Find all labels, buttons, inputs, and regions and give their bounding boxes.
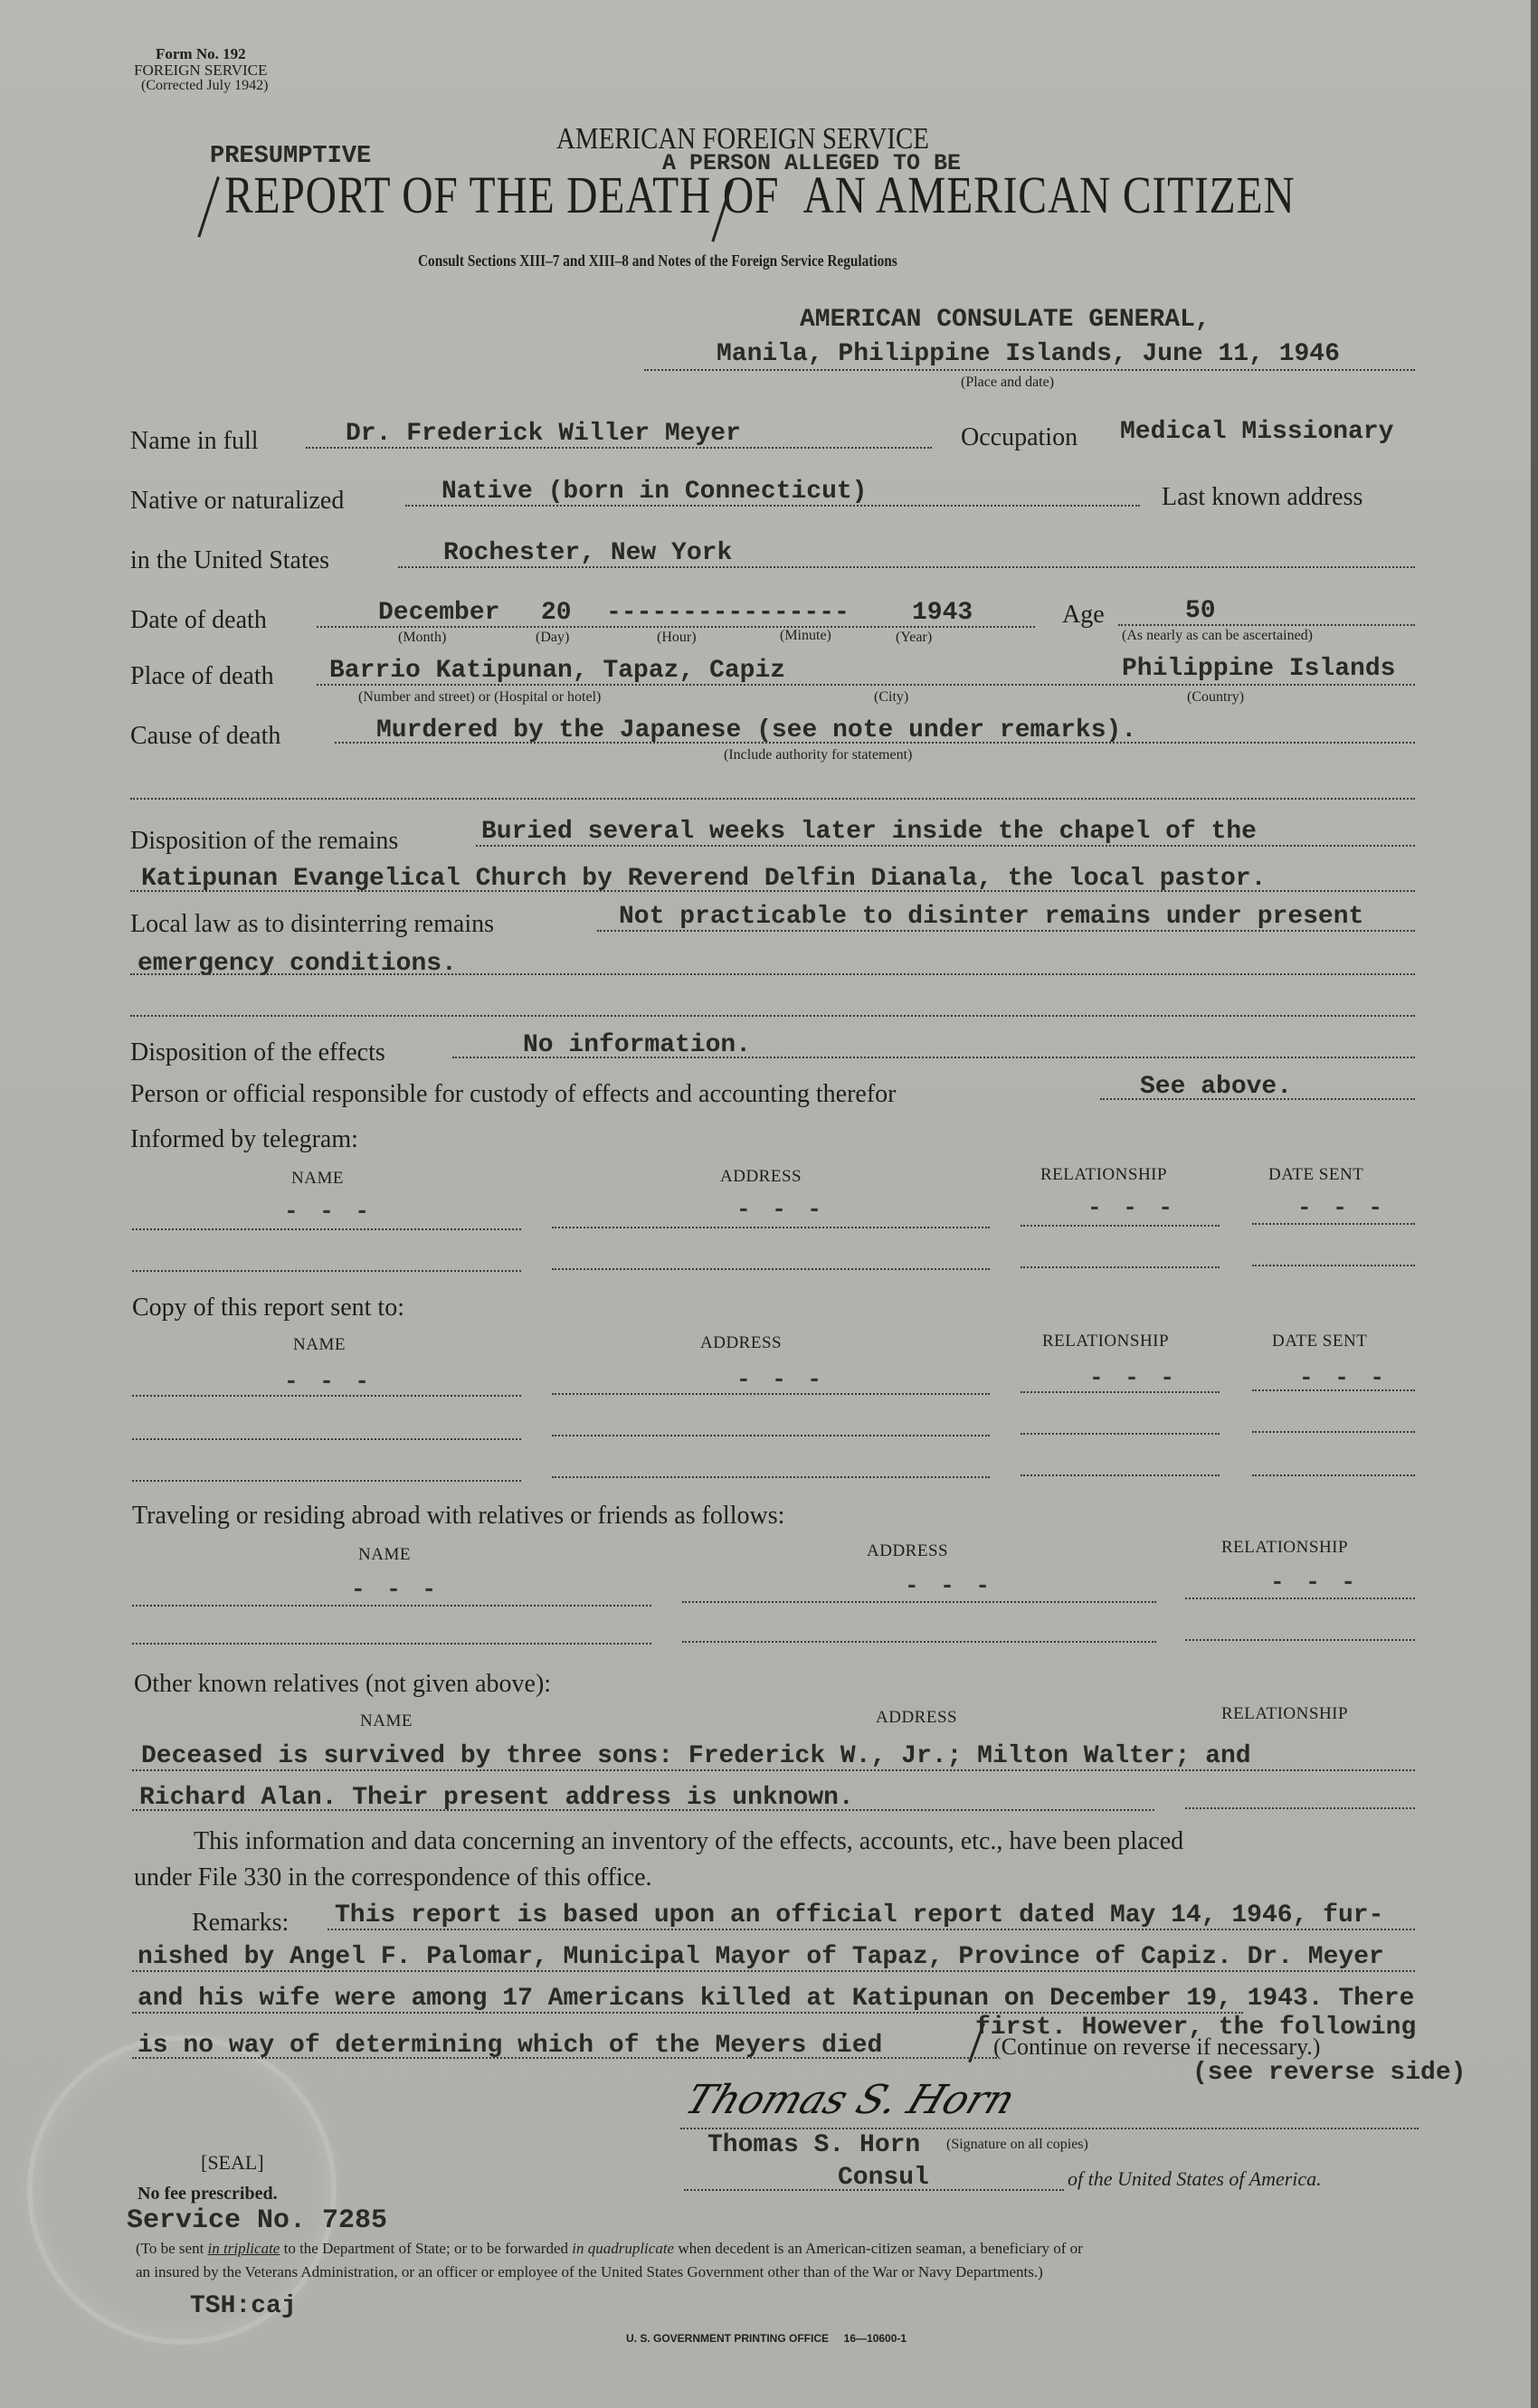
name-value: Dr. Frederick Willer Meyer	[346, 420, 741, 448]
inventory-line1: This information and data concerning an …	[194, 1827, 1183, 1856]
caption-hour: (Hour)	[657, 630, 697, 646]
remarks-rule-2	[132, 1970, 1415, 1972]
instructions-triplicate: in triplicate	[208, 2240, 280, 2257]
remarks-rule-1	[328, 1929, 1415, 1930]
form-corrected: (Corrected July 1942)	[141, 78, 268, 94]
address-line	[398, 566, 1415, 568]
copy-heading: Copy of this report sent to:	[132, 1294, 404, 1323]
telegram-col-date: DATE SENT	[1268, 1165, 1363, 1185]
telegram-date-empty: - - -	[1297, 1194, 1386, 1221]
telegram-col-address: ADDRESS	[720, 1167, 802, 1187]
service-number: Service No. 7285	[127, 2205, 387, 2236]
caption-street: (Number and street) or (Hospital or hote…	[358, 689, 601, 706]
date-year: 1943	[912, 599, 973, 627]
place-line	[317, 684, 1415, 686]
copy-rule	[1021, 1391, 1220, 1393]
caption-month: (Month)	[398, 630, 446, 646]
native-label: Native or naturalized	[130, 487, 344, 516]
relatives-line1: Deceased is survived by three sons: Fred…	[141, 1742, 1251, 1770]
telegram-rule	[1021, 1225, 1220, 1227]
instructions-line1: (To be sent in triplicate to the Departm…	[136, 2240, 1083, 2258]
cause-value: Murdered by the Japanese (see note under…	[376, 716, 1136, 744]
telegram-rule	[132, 1228, 521, 1230]
custody-line	[1100, 1098, 1415, 1100]
caption-cause: (Include authority for statement)	[724, 747, 912, 763]
signer-name: Thomas S. Horn	[707, 2131, 920, 2159]
title-line	[684, 2189, 1064, 2191]
traveling-heading: Traveling or residing abroad with relati…	[132, 1502, 784, 1531]
native-value: Native (born in Connecticut)	[441, 478, 867, 506]
telegram-rule	[132, 1270, 521, 1272]
consulate-office: AMERICAN CONSULATE GENERAL,	[800, 306, 1210, 334]
report-title-end: AN AMERICAN CITIZEN	[803, 166, 1296, 224]
telegram-rule	[552, 1227, 990, 1228]
cause-line	[335, 742, 1415, 744]
traveling-col-name: NAME	[358, 1545, 411, 1565]
remains-line1: Buried several weeks later inside the ch…	[481, 818, 1257, 846]
effects-line	[452, 1057, 1415, 1058]
traveling-relationship-empty: - - -	[1270, 1569, 1359, 1596]
report-title: REPORT OF THE DEATH OFAN AMERICAN CITIZE…	[224, 165, 1296, 225]
custody-value: See above.	[1140, 1073, 1292, 1101]
date-month: December	[378, 599, 499, 627]
caption-year: (Year)	[896, 630, 932, 646]
remarks-label: Remarks:	[192, 1909, 289, 1938]
law-rule-1	[597, 930, 1415, 932]
age-label: Age	[1062, 601, 1105, 630]
date-day: 20	[541, 599, 572, 627]
relatives-rule-1	[132, 1769, 1415, 1771]
relatives-line2: Richard Alan. Their present address is u…	[139, 1784, 854, 1812]
copy-relationship-empty: - - -	[1089, 1364, 1178, 1391]
of-united-states: of the United States of America.	[1068, 2167, 1322, 2191]
copy-rule	[552, 1476, 990, 1478]
copy-col-relationship: RELATIONSHIP	[1042, 1332, 1169, 1351]
consult-note: Consult Sections XIII–7 and XIII–8 and N…	[418, 251, 897, 270]
relatives-col-address: ADDRESS	[876, 1708, 957, 1728]
form-number: Form No. 192	[156, 45, 246, 63]
date-hour-minute: ----------------	[606, 599, 850, 627]
inventory-line2: under File 330 in the correspondence of …	[134, 1863, 652, 1892]
effects-label: Disposition of the effects	[130, 1038, 385, 1067]
typist-initials: TSH:caj	[190, 2292, 297, 2320]
copy-rule	[1021, 1474, 1220, 1476]
remains-label: Disposition of the remains	[130, 827, 398, 856]
caption-country: (Country)	[1187, 689, 1244, 706]
relatives-col-relationship: RELATIONSHIP	[1221, 1704, 1348, 1724]
law-rule-3	[130, 1015, 1415, 1017]
telegram-relationship-empty: - - -	[1087, 1194, 1176, 1221]
copy-rule	[552, 1435, 990, 1436]
address-value: Rochester, New York	[443, 539, 732, 567]
handwritten-signature: Thomas S. Horn	[679, 2077, 1021, 2123]
remains-line2: Katipunan Evangelical Church by Reverend…	[141, 865, 1266, 893]
copy-date-empty: - - -	[1299, 1364, 1388, 1391]
no-fee: No fee prescribed.	[138, 2184, 278, 2204]
date-label: Date of death	[130, 606, 267, 635]
page-edge	[1531, 0, 1538, 2408]
seal-label: [SEAL]	[201, 2151, 264, 2175]
remarks-line2: nished by Angel F. Palomar, Municipal Ma…	[138, 1943, 1384, 1971]
place-country: Philippine Islands	[1122, 655, 1395, 683]
traveling-rule	[1185, 1597, 1415, 1599]
cause-label: Cause of death	[130, 722, 280, 751]
place-date-value: Manila, Philippine Islands, June 11, 194…	[717, 340, 1340, 368]
telegram-heading: Informed by telegram:	[130, 1125, 358, 1154]
caption-day: (Day)	[536, 630, 569, 646]
instructions-line2: an insured by the Veterans Administratio…	[136, 2263, 1043, 2281]
copy-name-empty: - - -	[284, 1368, 373, 1395]
telegram-rule	[1021, 1266, 1220, 1268]
telegram-rule	[552, 1268, 990, 1270]
date-line	[317, 626, 1035, 628]
remarks-line1: This report is based upon an official re…	[335, 1901, 1383, 1929]
relatives-col-name: NAME	[360, 1711, 413, 1731]
copy-col-name: NAME	[293, 1335, 346, 1355]
traveling-rule	[132, 1605, 651, 1607]
remains-rule-2	[130, 890, 1415, 892]
name-line	[306, 447, 932, 449]
relatives-rule-3	[1185, 1807, 1415, 1809]
copy-col-date: DATE SENT	[1272, 1332, 1367, 1351]
copy-rule	[132, 1480, 521, 1482]
relatives-heading: Other known relatives (not given above):	[134, 1670, 551, 1699]
caption-city: (City)	[874, 689, 908, 706]
caption-age: (As nearly as can be ascertained)	[1122, 628, 1313, 644]
place-label: Place of death	[130, 662, 274, 691]
copy-rule	[1252, 1431, 1415, 1433]
signature-line	[680, 2128, 1419, 2129]
continue-note: (Continue on reverse if necessary.)	[993, 2034, 1320, 2061]
instructions-a: (To be sent	[136, 2240, 208, 2257]
traveling-rule	[682, 1641, 1156, 1643]
last-address-label: Last known address	[1162, 483, 1362, 512]
copy-rule	[132, 1395, 521, 1397]
copy-rule	[1021, 1433, 1220, 1435]
name-label: Name in full	[130, 427, 259, 456]
relatives-rule-2	[132, 1809, 1154, 1811]
form-service: FOREIGN SERVICE	[134, 62, 267, 80]
place-date-line	[644, 369, 1415, 371]
instructions-c: when decedent is an American-citizen sea…	[674, 2240, 1083, 2257]
telegram-col-relationship: RELATIONSHIP	[1040, 1165, 1167, 1185]
telegram-name-empty: - - -	[284, 1198, 373, 1225]
signature-note: (Signature on all copies)	[946, 2137, 1088, 2153]
in-us-label: in the United States	[130, 546, 329, 575]
occupation-value: Medical Missionary	[1120, 418, 1393, 446]
custody-label: Person or official responsible for custo…	[130, 1080, 896, 1109]
place-date-caption: (Place and date)	[961, 374, 1054, 391]
telegram-address-empty: - - -	[736, 1196, 825, 1223]
effects-value: No information.	[523, 1031, 751, 1059]
law-label: Local law as to disinterring remains	[130, 910, 494, 939]
traveling-rule	[682, 1601, 1156, 1603]
copy-rule	[552, 1393, 990, 1395]
copy-col-address: ADDRESS	[700, 1333, 782, 1353]
remains-rule-1	[476, 845, 1415, 847]
copy-rule	[1252, 1474, 1415, 1476]
native-line	[405, 505, 1140, 507]
traveling-address-empty: - - -	[905, 1572, 993, 1599]
traveling-name-empty: - - -	[351, 1576, 440, 1603]
instructions-quadruplicate: in quadruplicate	[572, 2240, 674, 2257]
traveling-rule	[1185, 1639, 1415, 1641]
occupation-label: Occupation	[961, 423, 1078, 452]
copy-address-empty: - - -	[736, 1366, 825, 1393]
telegram-col-name: NAME	[291, 1169, 344, 1189]
copy-rule	[132, 1438, 521, 1440]
law-rule-2	[130, 973, 1415, 975]
traveling-col-relationship: RELATIONSHIP	[1221, 1538, 1348, 1558]
place-value: Barrio Katipunan, Tapaz, Capiz	[329, 657, 785, 685]
law-line1: Not practicable to disinter remains unde…	[619, 903, 1363, 931]
age-line	[1118, 624, 1415, 626]
see-reverse: (see reverse side)	[1192, 2059, 1466, 2087]
caption-minute: (Minute)	[780, 628, 831, 644]
remarks-line4: is no way of determining which of the Me…	[138, 2032, 882, 2060]
traveling-rule	[132, 1643, 651, 1645]
printer-line: U. S. GOVERNMENT PRINTING OFFICE 16—1060…	[626, 2332, 907, 2345]
remarks-rule-4	[132, 2057, 997, 2059]
signer-title: Consul	[838, 2164, 929, 2192]
cause-line-2	[130, 798, 1415, 800]
age-value: 50	[1185, 597, 1216, 625]
report-title-main: REPORT OF THE DEATH OF	[224, 166, 779, 224]
traveling-col-address: ADDRESS	[867, 1541, 948, 1561]
telegram-rule	[1252, 1223, 1415, 1225]
instructions-b: to the Department of State; or to be for…	[280, 2240, 572, 2257]
telegram-rule	[1252, 1265, 1415, 1266]
copy-rule	[1252, 1389, 1415, 1391]
remarks-line3: and his wife were among 17 Americans kil…	[138, 1985, 1414, 2013]
